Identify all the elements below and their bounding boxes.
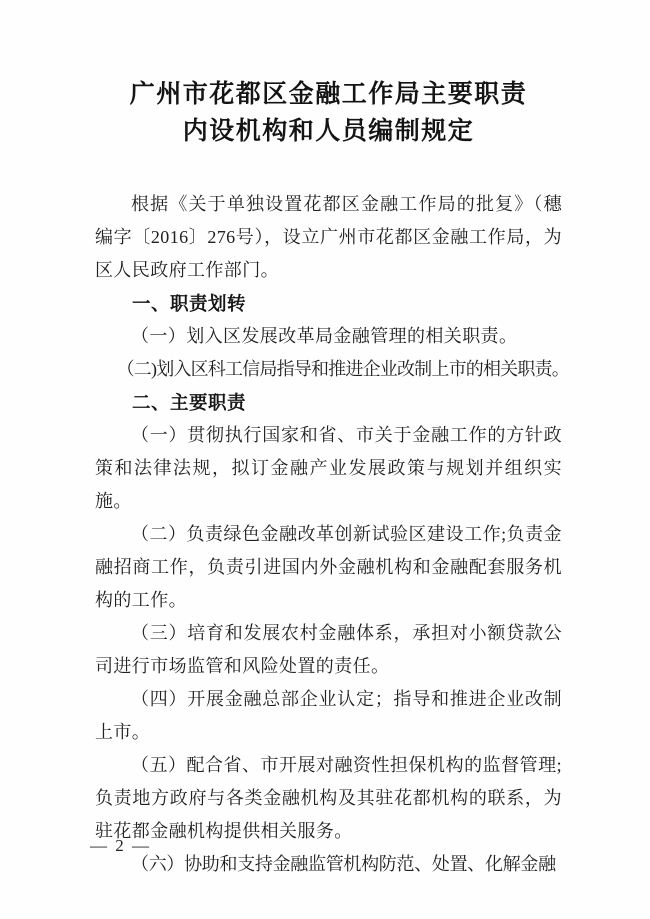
paragraph-2-4: （四）开展金融总部企业认定；指导和推进企业改制上市。	[95, 683, 562, 749]
paragraph-1-1: （一）划入区发展改革局金融管理的相关职责。	[95, 320, 562, 353]
paragraph-2-5: （五）配合省、市开展对融资性担保机构的监督管理;负责地方政府与各类金融机构及其驻…	[95, 749, 562, 848]
document-title-line-2: 内设机构和人员编制规定	[183, 118, 475, 145]
paragraph-2-6: （六）协助和支持金融监管机构防范、处置、化解金融	[95, 848, 562, 881]
paragraph-2-1: （一）贯彻执行国家和省、市关于金融工作的方针政策和法律法规，拟订金融产业发展政策…	[95, 419, 562, 518]
section-heading-1: 一、职责划转	[95, 287, 562, 320]
page-number: — 2 —	[90, 836, 151, 856]
document-title: 广州市花都区金融工作局主要职责 内设机构和人员编制规定	[95, 76, 562, 150]
document-page: 广州市花都区金融工作局主要职责 内设机构和人员编制规定 根据《关于单独设置花都区…	[0, 0, 650, 919]
document-title-line-1: 广州市花都区金融工作局主要职责	[130, 81, 528, 108]
paragraph-intro: 根据《关于单独设置花都区金融工作局的批复》（穗编字〔2016〕276号），设立广…	[95, 188, 562, 287]
section-heading-2: 二、主要职责	[95, 386, 562, 419]
paragraph-2-2: （二）负责绿色金融改革创新试验区建设工作;负责金融招商工作，负责引进国内外金融机…	[95, 518, 562, 617]
paragraph-1-2: （二)划入区科工信局指导和推进企业改制上市的相关职责。	[95, 353, 562, 386]
document-content: 广州市花都区金融工作局主要职责 内设机构和人员编制规定 根据《关于单独设置花都区…	[95, 76, 562, 881]
paragraph-2-3: （三）培育和发展农村金融体系，承担对小额贷款公司进行市场监管和风险处置的责任。	[95, 617, 562, 683]
